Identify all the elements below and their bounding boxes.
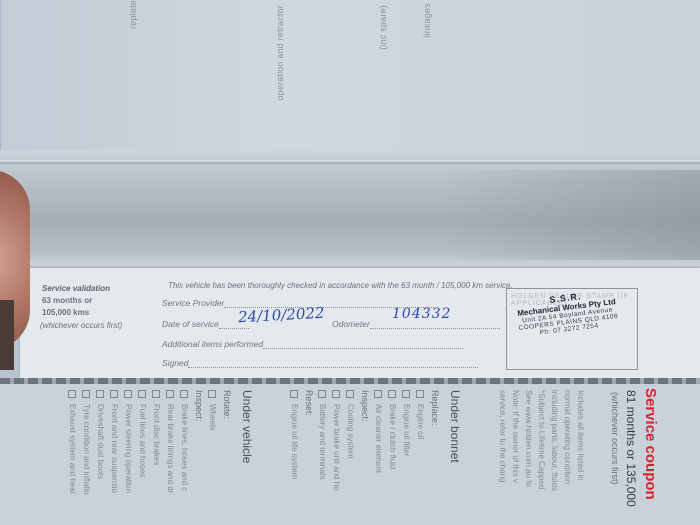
checklist-item[interactable]: Driveshaft dust boots [96, 390, 105, 479]
checklist-item-label: Front and rear suspensio [110, 404, 119, 493]
checklist-item[interactable]: Cooling system [346, 390, 355, 459]
coupon-note-line: service, refer to the chang [498, 390, 507, 483]
date-of-service-label: Date of service [162, 319, 219, 329]
checkbox[interactable] [416, 390, 424, 398]
checkbox[interactable] [110, 390, 118, 398]
under-vehicle-title: Under vehicle [240, 390, 254, 463]
service-validation-section: Service validation 63 months or 105,000 … [20, 268, 700, 378]
coupon-note-line: including parts, labour, fluids [550, 390, 559, 491]
checklist-item[interactable]: Front disc brakes [152, 390, 161, 465]
checkbox[interactable] [138, 390, 146, 398]
checklist-item-label: Cooling system [346, 404, 355, 459]
checklist-item-label: Tyre condition and inflatio [82, 404, 91, 495]
checklist-item[interactable]: Engine oil [416, 390, 425, 439]
coupon-note-line-label: service, refer to the chang [498, 390, 507, 483]
checkbox[interactable] [290, 390, 298, 398]
coupon-note: (whichever occurs first) [610, 392, 620, 485]
validation-statement: This vehicle has been thoroughly checked… [168, 281, 513, 290]
signed-label: Signed [162, 358, 188, 368]
checkbox[interactable] [180, 390, 188, 398]
validation-heading: Service validation [42, 284, 110, 293]
checkbox[interactable] [318, 390, 326, 398]
page-fold [0, 150, 700, 270]
coupon-note-line: See www.holden.com.au fo [524, 390, 533, 487]
checklist-item-label: Brake / clutch fluid [388, 404, 397, 469]
section-label-label: Replace: [430, 390, 440, 426]
section-label-label: Reset: [304, 390, 314, 416]
fold-shadow [440, 170, 700, 260]
section-label-label: Rotate: [222, 390, 232, 419]
section-label-label: Inspect: [194, 390, 204, 422]
coupon-note-line-label: including parts, labour, fluids [550, 390, 559, 491]
checklist-item-label: Engine oil [416, 404, 425, 439]
top-page-text: linkages [422, 3, 432, 38]
checklist-item-label: Fuel lines and hoses [138, 404, 147, 477]
checkbox[interactable] [152, 390, 160, 398]
top-page-text: operation and retractor [275, 5, 285, 101]
checkbox[interactable] [96, 390, 104, 398]
top-page-text: replete [128, 0, 138, 29]
date-of-service-field[interactable]: Date of service [162, 319, 249, 329]
coupon-note-line: normal operating condition [563, 390, 572, 484]
signed-field[interactable]: Signed [162, 358, 478, 368]
checklist-item[interactable]: Exhaust system and heat [68, 390, 77, 494]
checklist-item[interactable]: Brake lines, hoses and c [180, 390, 189, 491]
checkbox[interactable] [124, 390, 132, 398]
coupon-note-line-label: See www.holden.com.au fo [524, 390, 533, 487]
top-page-text: (inc spare) [378, 5, 388, 50]
checklist-item[interactable]: Rear brake linings and dr [166, 390, 175, 493]
coupon-note-line: *Subject to Lifetime Capped [537, 390, 546, 489]
checklist-item[interactable]: Brake / clutch fluid [388, 390, 397, 469]
section-label: Reset: [304, 390, 314, 416]
page-binding [0, 378, 700, 384]
checklist-item-label: Brake lines, hoses and c [180, 404, 189, 491]
checkbox[interactable] [346, 390, 354, 398]
checklist-item[interactable]: Air cleaner element [374, 390, 383, 473]
coupon-note-line-label: *Subject to Lifetime Capped [537, 390, 546, 489]
coupon-note-line: Includes all items listed in [576, 390, 585, 481]
checkbox[interactable] [332, 390, 340, 398]
checklist-item[interactable]: Front and rear suspensio [110, 390, 119, 493]
validation-interval-months: 63 months or [42, 296, 92, 305]
checklist-item-label: Battery and terminals [318, 404, 327, 480]
odometer-label: Odometer [332, 319, 370, 329]
coupon-note-line-label: Includes all items listed in [576, 390, 585, 481]
top-page: replete operation and retractor (inc spa… [0, 0, 700, 160]
checklist-item[interactable]: Engine oil life system [290, 390, 299, 479]
checklist-item-label: Wheels [208, 404, 217, 431]
section-label: Replace: [430, 390, 440, 426]
date-of-service-value: 24/10/2022 [238, 304, 325, 327]
checklist-item[interactable]: Power brake unit and ho [332, 390, 341, 491]
column-divider [0, 0, 1, 150]
checklist-item[interactable]: Power steering operation [124, 390, 133, 493]
checklist-item-label: Front disc brakes [152, 404, 161, 465]
section-label: Inspect: [194, 390, 204, 422]
checkbox[interactable] [68, 390, 76, 398]
checkbox[interactable] [374, 390, 382, 398]
additional-items-label: Additional items performed [162, 339, 263, 349]
checklist-item-label: Power steering operation [124, 404, 133, 493]
section-label: Rotate: [222, 390, 232, 419]
checklist-item-label: Power brake unit and ho [332, 404, 341, 491]
validation-interval-kms: 105,000 kms [42, 308, 89, 317]
checkbox[interactable] [166, 390, 174, 398]
checklist-item[interactable]: Fuel lines and hoses [138, 390, 147, 477]
checklist-item-label: Rear brake linings and dr [166, 404, 175, 493]
coupon-note-line: Note: If the owner of this v [511, 390, 520, 483]
validation-interval-note: (whichever occurs first) [40, 321, 122, 330]
checklist-item-label: Exhaust system and heat [68, 404, 77, 494]
service-provider-label: Service Provider [162, 298, 224, 308]
coupon-note-line-label: normal operating condition [563, 390, 572, 484]
coupon-note-line-label: Note: If the owner of this v [511, 390, 520, 483]
checklist-item-label: Engine oil filter [402, 404, 411, 456]
coupon-interval: 81 months or 135,000 [624, 390, 638, 507]
dealer-stamp-box: HOLDEN DEALER STAMP (IF APPLICABLE) S.S.… [506, 288, 638, 370]
odometer-value: 104332 [392, 306, 451, 322]
coupon-title: Service coupon [642, 388, 659, 500]
checkbox[interactable] [388, 390, 396, 398]
page-edge [0, 160, 700, 164]
checklist-item-label: Driveshaft dust boots [96, 404, 105, 479]
checklist-item-label: Engine oil life system [290, 404, 299, 479]
background-edge [0, 300, 14, 370]
checkbox[interactable] [82, 390, 90, 398]
checkbox[interactable] [402, 390, 410, 398]
section-label-label: Inspect: [360, 390, 370, 422]
under-bonnet-title: Under bonnet [448, 390, 462, 463]
checklist-item-label: Air cleaner element [374, 404, 383, 473]
section-label: Inspect: [360, 390, 370, 422]
checklist-item[interactable]: Wheels [208, 390, 217, 431]
additional-items-field[interactable]: Additional items performed [162, 339, 463, 349]
checkbox[interactable] [208, 390, 216, 398]
bottom-page: Service coupon 81 months or 135,000 (whi… [0, 378, 700, 525]
checklist-item[interactable]: Tyre condition and inflatio [82, 390, 91, 495]
checklist-item[interactable]: Engine oil filter [402, 390, 411, 456]
checklist-item[interactable]: Battery and terminals [318, 390, 327, 480]
